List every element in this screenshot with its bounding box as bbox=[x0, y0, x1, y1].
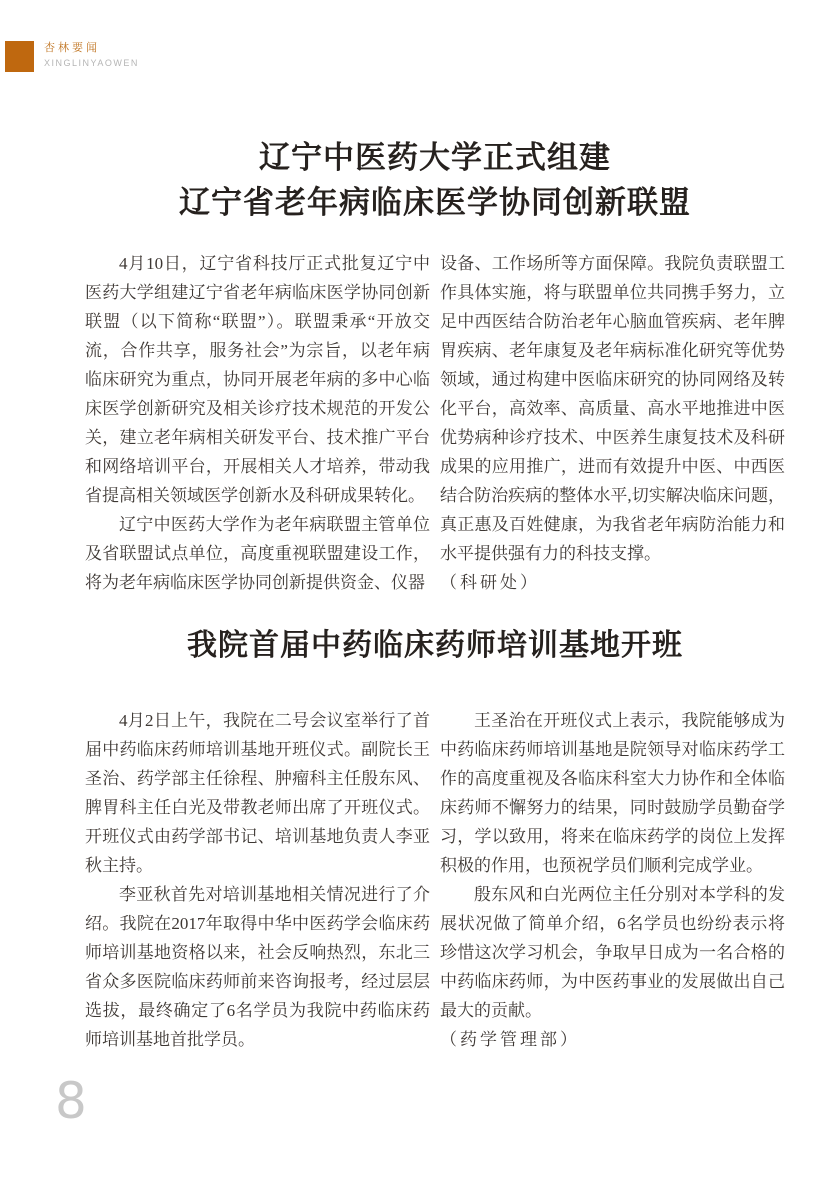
article-1-title-line-1: 辽宁中医药大学正式组建 bbox=[259, 140, 611, 175]
newsletter-page: 杏林要闻 XINGLINYAOWEN 辽宁中医药大学正式组建 辽宁省老年病临床医… bbox=[0, 0, 839, 1181]
paragraph: 王圣治在开班仪式上表示，我院能够成为中药临床药师培训基地是院领导对临床药学工作的… bbox=[440, 706, 785, 880]
article-2-left-column: 4月2日上午，我院在二号会议室举行了首届中药临床药师培训基地开班仪式。副院长王圣… bbox=[85, 706, 430, 1054]
page-number: 8 bbox=[55, 1072, 87, 1130]
article-1-right-column: 设备、工作场所等方面保障。我院负责联盟工作具体实施，将与联盟单位共同携手努力，立… bbox=[440, 249, 785, 597]
article-1-byline: （科研处） bbox=[440, 568, 785, 597]
article-2-body: 4月2日上午，我院在二号会议室举行了首届中药临床药师培训基地开班仪式。副院长王圣… bbox=[85, 706, 785, 1054]
article-2-right-column: 王圣治在开班仪式上表示，我院能够成为中药临床药师培训基地是院领导对临床药学工作的… bbox=[440, 706, 785, 1054]
paragraph: 李亚秋首先对培训基地相关情况进行了介绍。我院在2017年取得中华中医药学会临床药… bbox=[85, 880, 430, 1054]
article-2-byline: （药学管理部） bbox=[440, 1025, 785, 1054]
paragraph: 4月2日上午，我院在二号会议室举行了首届中药临床药师培训基地开班仪式。副院长王圣… bbox=[85, 706, 430, 880]
article-2-title: 我院首届中药临床药师培训基地开班 bbox=[85, 626, 785, 666]
paragraph: 4月10日，辽宁省科技厅正式批复辽宁中医药大学组建辽宁省老年病临床医学协同创新联… bbox=[85, 249, 430, 510]
page-content: 辽宁中医药大学正式组建 辽宁省老年病临床医学协同创新联盟 4月10日，辽宁省科技… bbox=[85, 0, 785, 1054]
article-1-title: 辽宁中医药大学正式组建 辽宁省老年病临床医学协同创新联盟 bbox=[85, 135, 785, 225]
paragraph: 设备、工作场所等方面保障。我院负责联盟工作具体实施，将与联盟单位共同携手努力，立… bbox=[440, 249, 785, 568]
article-1-left-column: 4月10日，辽宁省科技厅正式批复辽宁中医药大学组建辽宁省老年病临床医学协同创新联… bbox=[85, 249, 430, 597]
article-pharmacist-training: 我院首届中药临床药师培训基地开班 4月2日上午，我院在二号会议室举行了首届中药临… bbox=[85, 626, 785, 1054]
article-1-body: 4月10日，辽宁省科技厅正式批复辽宁中医药大学组建辽宁省老年病临床医学协同创新联… bbox=[85, 249, 785, 597]
paragraph: 殷东风和白光两位主任分别对本学科的发展状况做了简单介绍，6名学员也纷纷表示将珍惜… bbox=[440, 880, 785, 1025]
article-1-title-line-2: 辽宁省老年病临床医学协同创新联盟 bbox=[179, 185, 691, 220]
section-color-block bbox=[5, 41, 34, 72]
paragraph: 辽宁中医药大学作为老年病联盟主管单位及省联盟试点单位，高度重视联盟建设工作，将为… bbox=[85, 510, 430, 597]
article-2-title-line-1: 我院首届中药临床药师培训基地开班 bbox=[187, 629, 683, 662]
article-university-alliance: 辽宁中医药大学正式组建 辽宁省老年病临床医学协同创新联盟 4月10日，辽宁省科技… bbox=[85, 135, 785, 597]
